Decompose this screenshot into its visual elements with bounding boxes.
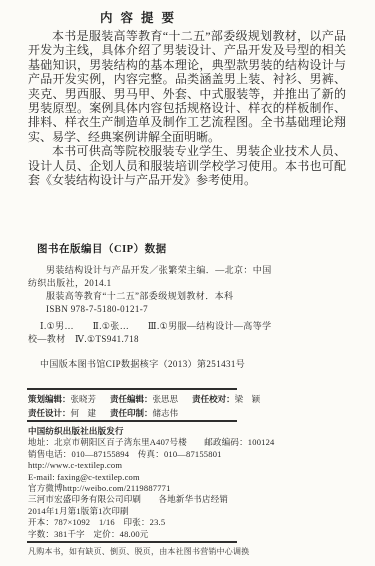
publication-imprint-block: 中国纺织出版社出版发行 地址：北京市朝阳区百子湾东里A407号楼 邮政编码：10… — [28, 426, 348, 540]
wordcount-price-line: 字数：381千字 定价：48.00元 — [28, 529, 348, 540]
summary-paragraph: 本书是服装高等教育“十二五”部委级规划教材，以产品开发为主线，具体介绍了男装设计… — [28, 29, 346, 144]
horizontal-rule — [27, 541, 237, 543]
return-policy-note: 凡购本书，如有缺页、倒页、脱页，由本社图书营销中心调换 — [28, 546, 358, 557]
content-summary-title: 内容提要 — [100, 8, 182, 26]
credit-label: 策划编辑： — [28, 394, 71, 404]
publisher-name-line: 中国纺织出版社出版发行 — [28, 426, 348, 437]
credit-pair: 策划编辑：张晓芳 — [28, 394, 96, 404]
credit-pair: 责任校对：梁 颖 — [192, 394, 260, 404]
publisher-weibo-line: 官方微博http://weibo.com/2119887771 — [28, 483, 348, 494]
content-summary-section: 本书是服装高等教育“十二五”部委级规划教材，以产品开发为主线，具体介绍了男装设计… — [28, 29, 346, 187]
publisher-address-line: 地址：北京市朝阳区百子湾东里A407号楼 邮政编码：100124 — [28, 437, 348, 448]
classification-line: Ⅰ.①男… Ⅱ.①张… Ⅲ.①男服—结构设计—高等学 — [28, 320, 328, 333]
credit-name: 张思思 — [153, 394, 179, 404]
cip-classification-block: Ⅰ.①男… Ⅱ.①张… Ⅲ.①男服—结构设计—高等学 校—教材 Ⅳ.①TS941… — [28, 320, 328, 346]
credit-label: 责任校对： — [192, 394, 235, 404]
publisher-email-line: E-mail: faxing@c-textilep.com — [28, 472, 348, 483]
book-copyright-page: 内容提要 本书是服装高等教育“十二五”部委级规划教材，以产品开发为主线，具体介绍… — [0, 0, 375, 566]
cip-line: 服装高等教育“十二五”部委级规划教材．本科 — [28, 290, 328, 303]
classification-line: 校—教材 Ⅳ.①TS941.718 — [28, 333, 328, 346]
editorial-credits: 策划编辑：张晓芳责任编辑：张思思责任校对：梁 颖 责任设计：何 建责任印制：储志… — [28, 393, 348, 420]
publisher-website-line: http://www.c-textilep.com — [28, 460, 348, 471]
cip-line: 纺织出版社，2014.1 — [28, 277, 328, 290]
publisher-phone-line: 销售电话：010—87155894 传真：010—87155801 — [28, 449, 348, 460]
credit-name: 储志伟 — [153, 408, 179, 418]
credits-row: 责任设计：何 建责任印制：储志伟 — [28, 407, 348, 421]
horizontal-rule — [27, 420, 237, 422]
cip-section-title: 图书在版编目（CIP）数据 — [37, 241, 167, 256]
credit-label: 责任印制： — [110, 408, 153, 418]
credit-pair: 责任设计：何 建 — [28, 408, 96, 418]
horizontal-rule — [27, 388, 237, 390]
credits-row: 策划编辑：张晓芳责任编辑：张思思责任校对：梁 颖 — [28, 393, 348, 407]
cip-data-block: 男装结构设计与产品开发／张繁荣主编．—北京：中国 纺织出版社，2014.1 服装… — [28, 264, 328, 316]
credit-label: 责任设计： — [28, 408, 71, 418]
cip-line: 男装结构设计与产品开发／张繁荣主编．—北京：中国 — [28, 264, 328, 277]
format-line: 开本：787×1092 1/16 印张：23.5 — [28, 517, 348, 528]
credit-label: 责任编辑： — [110, 394, 153, 404]
isbn-line: ISBN 978-7-5180-0121-7 — [28, 303, 328, 316]
credit-name: 何 建 — [71, 408, 97, 418]
summary-paragraph: 本书可供高等院校服装专业学生、男装企业技术人员、设计人员、企划人员和服装培训学校… — [28, 144, 346, 187]
credit-pair: 责任编辑：张思思 — [110, 394, 178, 404]
printer-distributor-line: 三河市宏盛印务有限公司印刷 各地新华书店经销 — [28, 494, 348, 505]
credit-name: 张晓芳 — [71, 394, 97, 404]
credit-pair: 责任印制：储志伟 — [110, 408, 178, 418]
edition-line: 2014年1月第1版第1次印刷 — [28, 506, 348, 517]
cip-record-number: 中国版本图书馆CIP数据核字（2013）第251431号 — [28, 357, 340, 370]
credit-name: 梁 颖 — [235, 394, 261, 404]
